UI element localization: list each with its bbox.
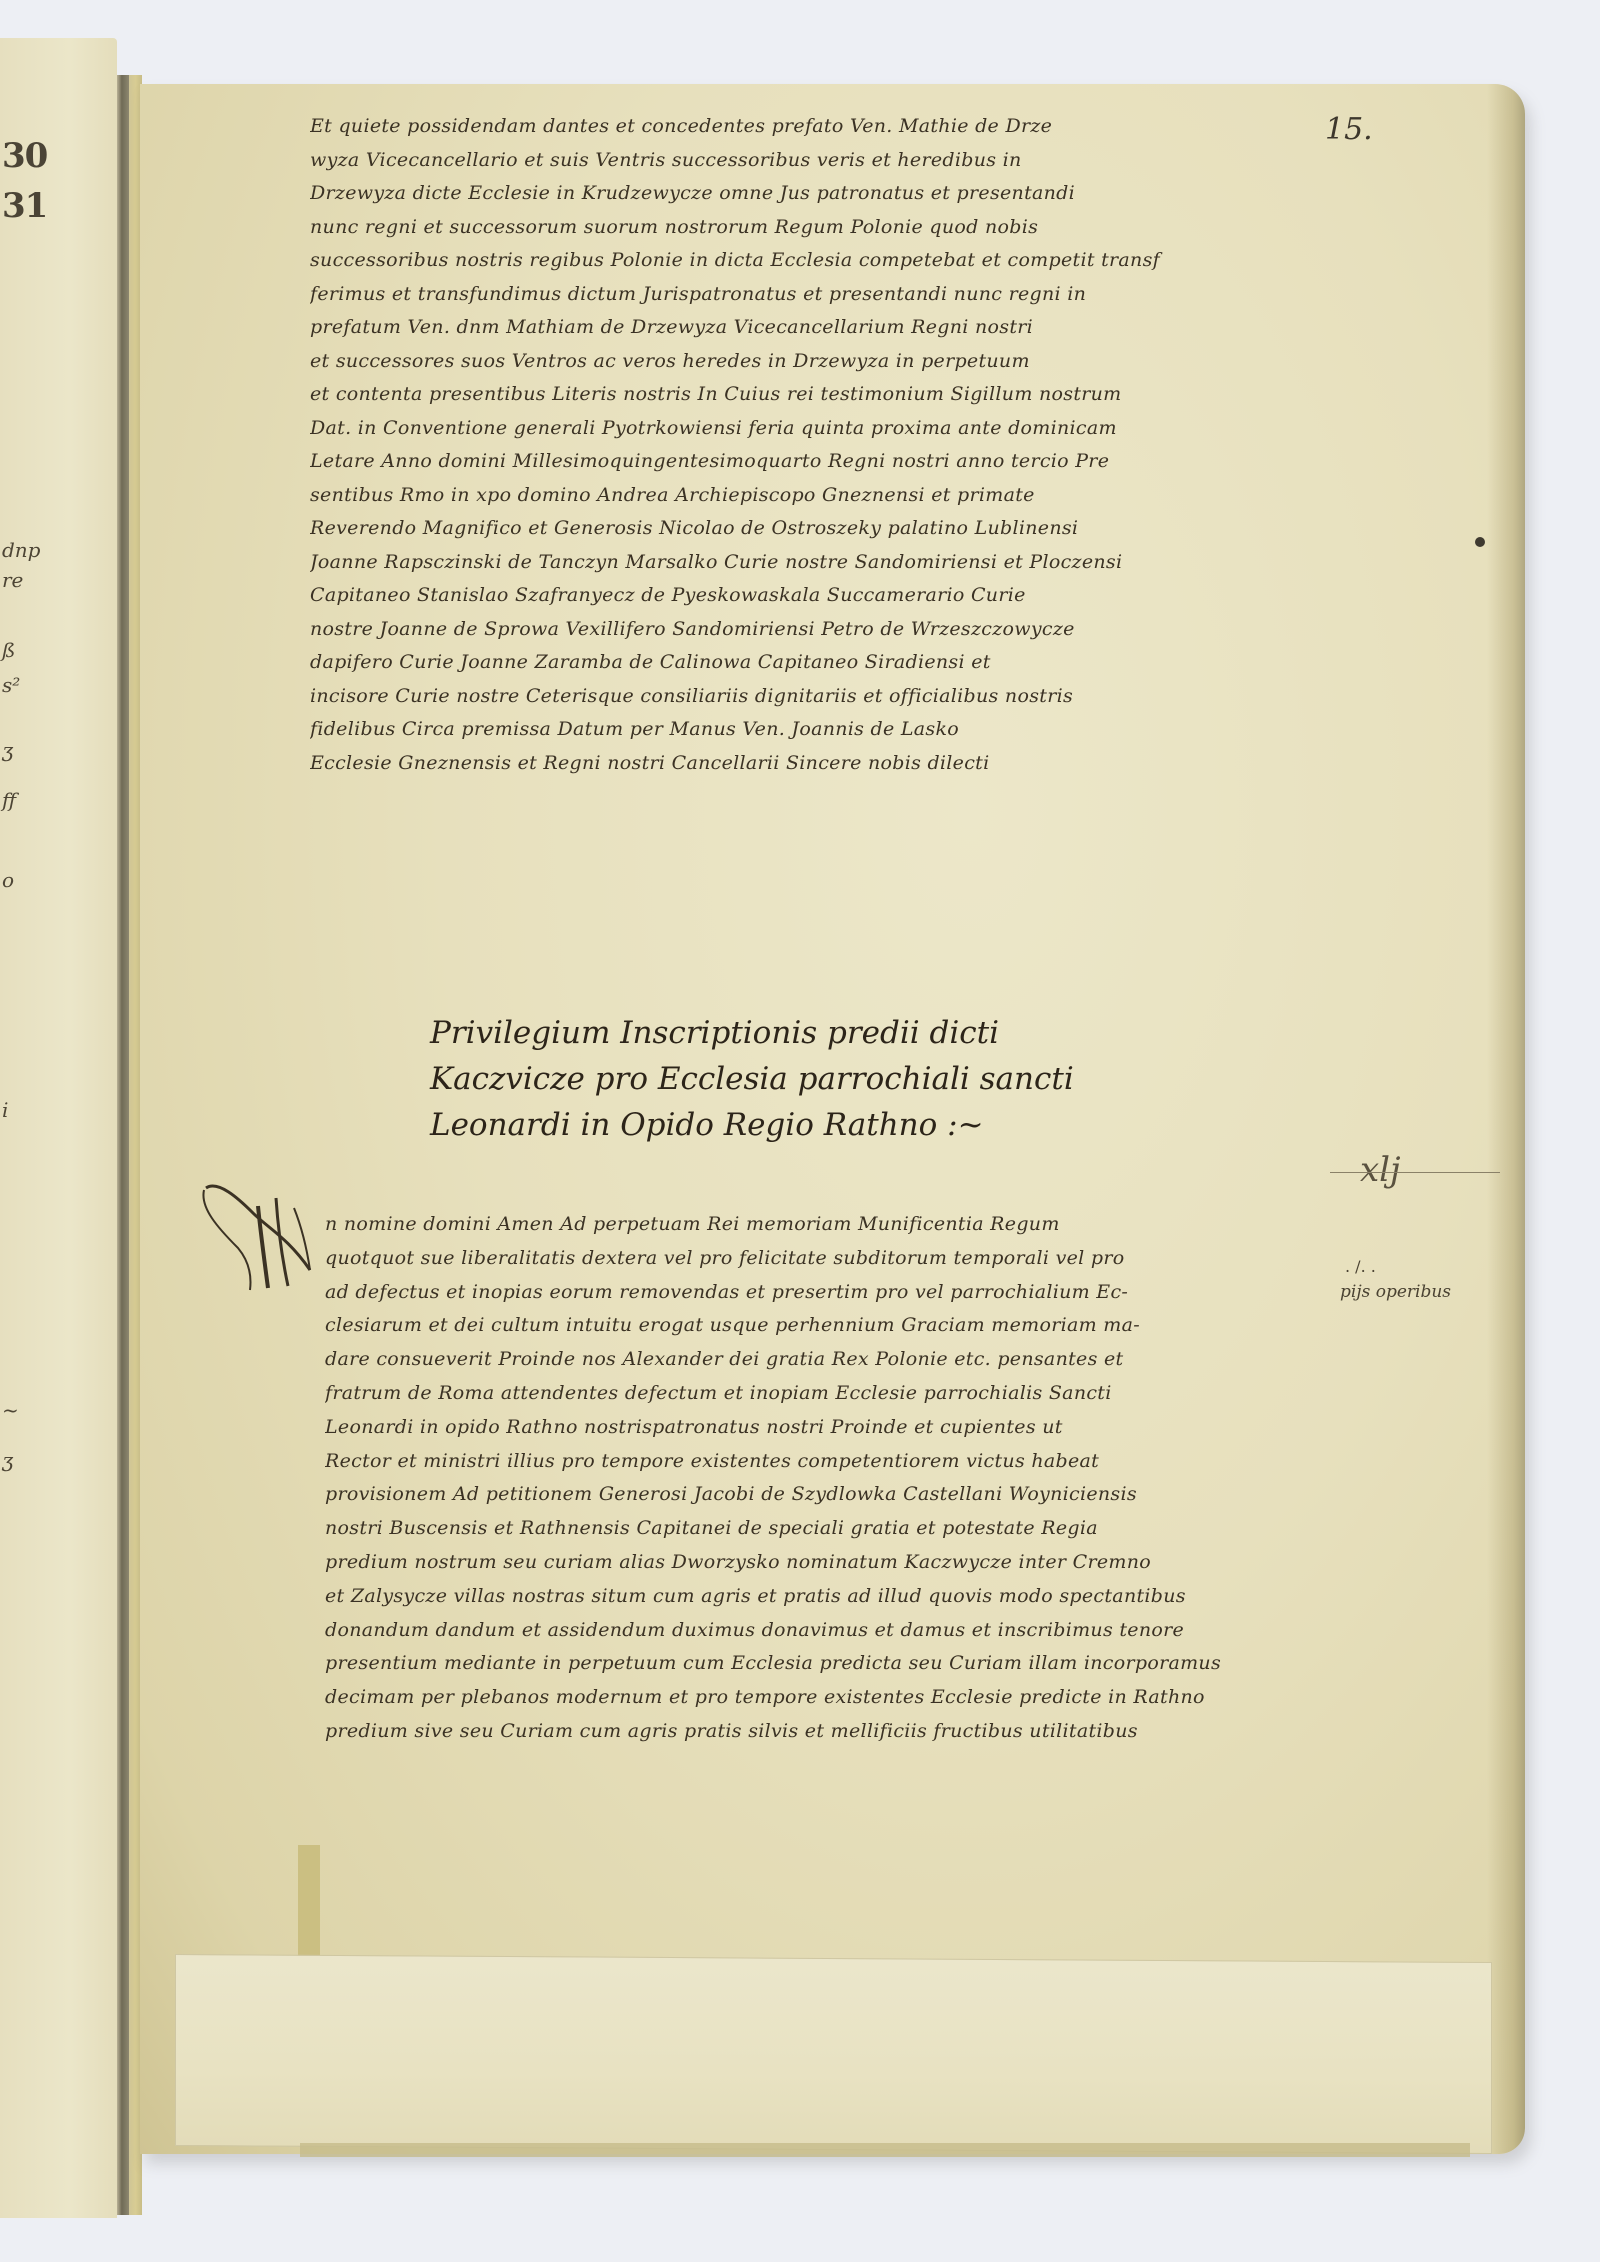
- previous-page-margin-text: ß: [2, 638, 15, 662]
- previous-page-margin-text: dnp: [2, 538, 41, 562]
- text-line: incisore Curie nostre Ceterisque consili…: [310, 680, 1320, 714]
- adhesive-tape-strip: [298, 1845, 320, 1960]
- section-heading: Privilegium Inscriptionis predii dicti K…: [430, 1010, 1250, 1148]
- margin-dots-note: . /. .: [1345, 1257, 1376, 1276]
- text-line: clesiarum et dei cultum intuitu erogat u…: [325, 1309, 1325, 1343]
- previous-page-margin-text: ʒ: [2, 738, 13, 762]
- previous-page-margin-text: s²: [2, 673, 20, 697]
- text-line: fratrum de Roma attendentes defectum et …: [325, 1377, 1325, 1411]
- text-line: Letare Anno domini Millesimoquingentesim…: [310, 445, 1320, 479]
- text-line: Et quiete possidendam dantes et conceden…: [310, 110, 1320, 144]
- text-line: et successores suos Ventros ac veros her…: [310, 345, 1320, 379]
- text-line: dapifero Curie Joanne Zaramba de Calinow…: [310, 646, 1320, 680]
- text-line: predium nostrum seu curiam alias Dworzys…: [325, 1546, 1325, 1580]
- text-line: Joanne Rapsczinski de Tanczyn Marsalko C…: [310, 546, 1320, 580]
- text-line: Leonardi in opido Rathno nostrispatronat…: [325, 1411, 1325, 1445]
- decorative-initial-I-icon: [198, 1178, 318, 1298]
- previous-folio-number-fragment: 30: [2, 136, 47, 176]
- text-line: Capitaneo Stanislao Szafranyecz de Pyesk…: [310, 579, 1320, 613]
- page-bottom-edge: [300, 2143, 1470, 2157]
- previous-page-margin-text: o: [2, 868, 14, 892]
- previous-page-margin-text: ff: [2, 788, 16, 812]
- margin-numeral-note: xlj: [1360, 1150, 1401, 1190]
- text-line: Rector et ministri illius pro tempore ex…: [325, 1445, 1325, 1479]
- text-line: et Zalysycze villas nostras situm cum ag…: [325, 1580, 1325, 1614]
- text-line: predium sive seu Curiam cum agris pratis…: [325, 1715, 1325, 1749]
- text-line: fidelibus Circa premissa Datum per Manus…: [310, 713, 1320, 747]
- text-line: ad defectus et inopias eorum removendas …: [325, 1276, 1325, 1310]
- text-line: Reverendo Magnifico et Generosis Nicolao…: [310, 512, 1320, 546]
- text-line: ferimus et transfundimus dictum Jurispat…: [310, 278, 1320, 312]
- text-line: prefatum Ven. dnm Mathiam de Drzewyza Vi…: [310, 311, 1320, 345]
- text-block-upper: Et quiete possidendam dantes et conceden…: [310, 110, 1320, 780]
- text-line: n nomine domini Amen Ad perpetuam Rei me…: [325, 1208, 1325, 1242]
- book-gutter: [117, 75, 129, 2215]
- ink-blot: [1475, 537, 1485, 547]
- heading-line: Kaczvicze pro Ecclesia parrochiali sanct…: [430, 1056, 1250, 1102]
- text-line: dare consueverit Proinde nos Alexander d…: [325, 1343, 1325, 1377]
- text-line: nostri Buscensis et Rathnensis Capitanei…: [325, 1512, 1325, 1546]
- text-line: decimam per plebanos modernum et pro tem…: [325, 1681, 1325, 1715]
- margin-insertion-note: pijs operibus: [1340, 1282, 1451, 1302]
- text-line: et contenta presentibus Literis nostris …: [310, 378, 1320, 412]
- text-line: Dat. in Conventione generali Pyotrkowien…: [310, 412, 1320, 446]
- text-block-lower: n nomine domini Amen Ad perpetuam Rei me…: [325, 1208, 1325, 1749]
- previous-page-margin-text: re: [2, 568, 23, 592]
- text-line: presentium mediante in perpetuum cum Ecc…: [325, 1647, 1325, 1681]
- previous-folio-number-fragment: 31: [2, 186, 47, 226]
- heading-line: Privilegium Inscriptionis predii dicti: [430, 1010, 1250, 1056]
- text-line: successoribus nostris regibus Polonie in…: [310, 244, 1320, 278]
- text-line: Ecclesie Gneznensis et Regni nostri Canc…: [310, 747, 1320, 781]
- text-line: nostre Joanne de Sprowa Vexillifero Sand…: [310, 613, 1320, 647]
- text-line: Drzewyza dicte Ecclesie in Krudzewycze o…: [310, 177, 1320, 211]
- folio-number: 15.: [1325, 112, 1373, 147]
- previous-page-margin-text: ʒ: [2, 1448, 13, 1472]
- previous-page-margin-text: i: [2, 1098, 8, 1122]
- previous-page-edge: 30 31 dnp re ß s² ʒ ff o i ~ ʒ: [0, 38, 117, 2218]
- paper-repair-strip: [175, 1954, 1492, 2154]
- text-line: wyza Vicecancellario et suis Ventris suc…: [310, 144, 1320, 178]
- heading-line: Leonardi in Opido Regio Rathno :~: [430, 1102, 1250, 1148]
- text-line: provisionem Ad petitionem Generosi Jacob…: [325, 1478, 1325, 1512]
- text-line: sentibus Rmo in xpo domino Andrea Archie…: [310, 479, 1320, 513]
- text-line: donandum dandum et assidendum duximus do…: [325, 1614, 1325, 1648]
- previous-page-margin-text: ~: [2, 1398, 19, 1422]
- text-line: quotquot sue liberalitatis dextera vel p…: [325, 1242, 1325, 1276]
- text-line: nunc regni et successorum suorum nostror…: [310, 211, 1320, 245]
